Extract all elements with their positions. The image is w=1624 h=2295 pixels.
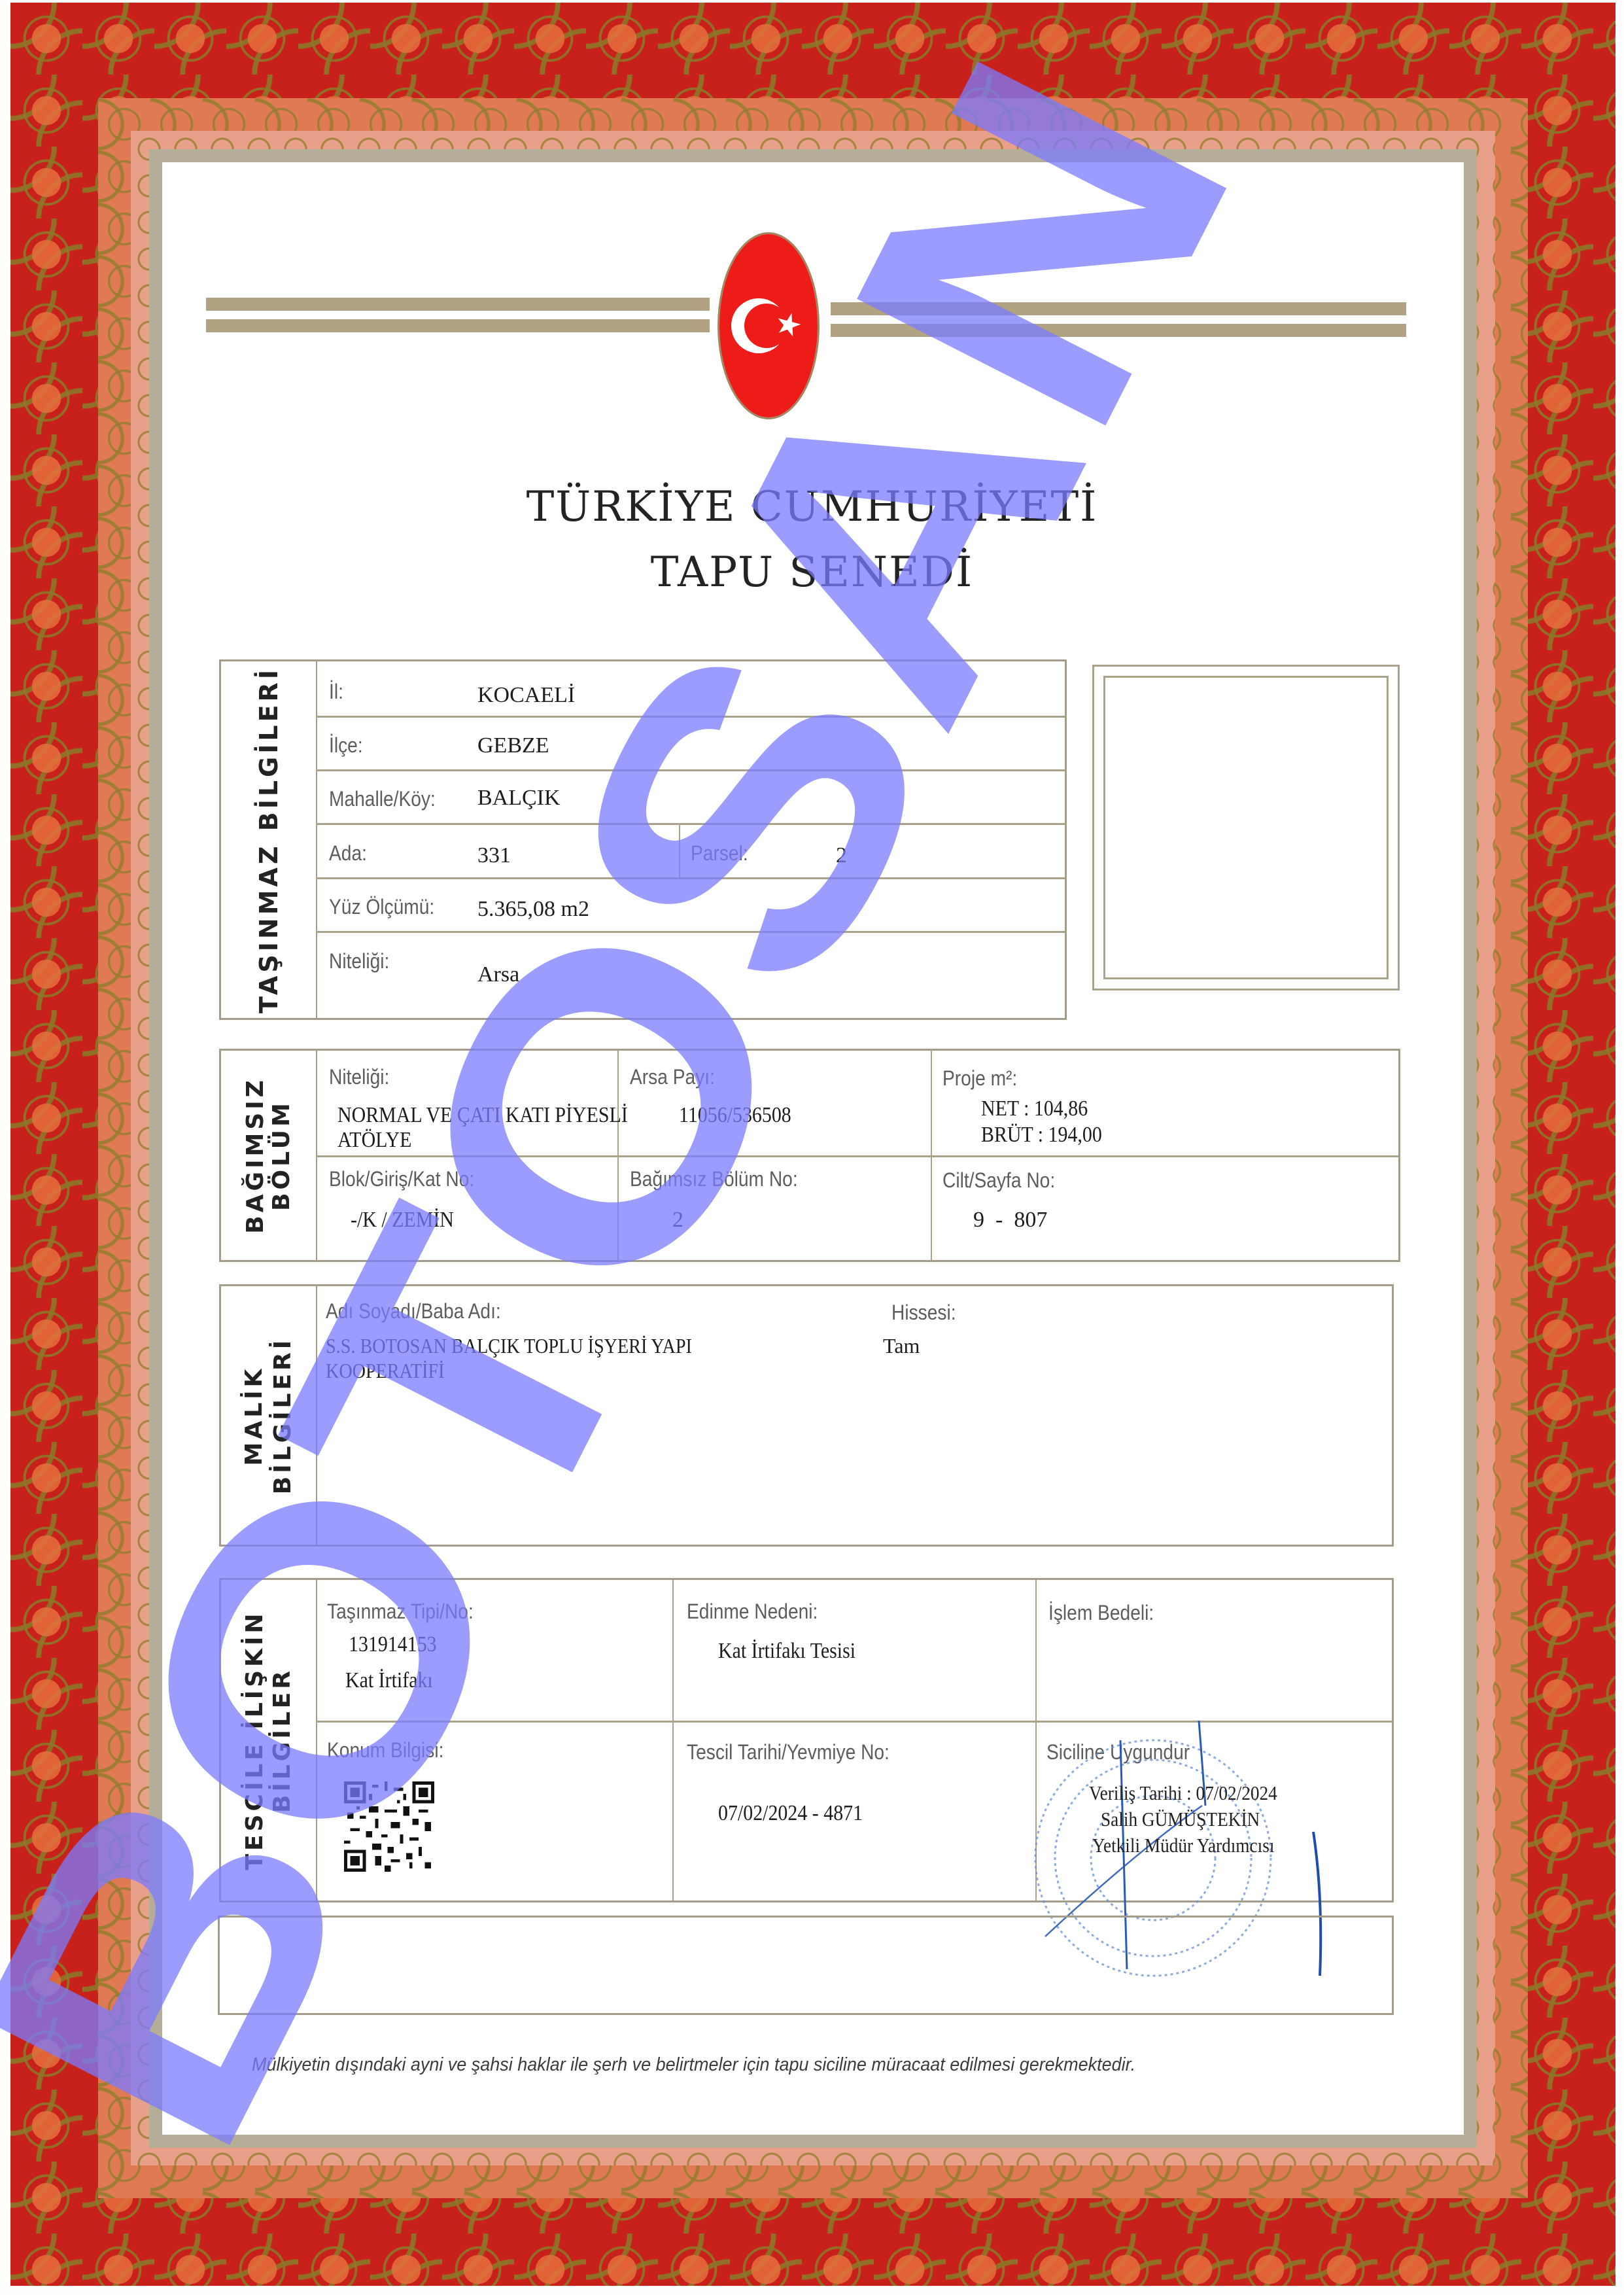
value-ada: 331	[477, 843, 511, 868]
notes-box	[218, 1916, 1394, 2015]
side-label-text: TESCİLE İLİŞKİN BİLGİLER	[241, 1610, 296, 1870]
value-il: KOCAELİ	[477, 683, 575, 708]
label-arsa-payi: Arsa Payı:	[630, 1065, 715, 1089]
photo-box-inner	[1103, 676, 1389, 979]
side-label-line1: MALİK	[240, 1337, 269, 1494]
verilis-tarihi: Veriliş Tarihi : 07/02/2024	[1089, 1781, 1277, 1806]
section-malik: MALİK BİLGİLERİ Adı Soyadı/Baba Adı: S.S…	[219, 1284, 1394, 1547]
yetkili-unvan: Yetkili Müdür Yardımcısı	[1092, 1833, 1274, 1858]
label-blok: Blok/Giriş/Kat No:	[329, 1167, 474, 1191]
row-divider	[316, 823, 1065, 825]
side-label-tasinmaz: TAŞINMAZ BİLGİLERİ	[221, 661, 317, 1018]
value-yuzolcumu: 5.365,08 m2	[477, 897, 589, 922]
label-tasinmaz-tipi: Taşınmaz Tipi/No:	[327, 1600, 474, 1624]
value-niteligi: Arsa	[477, 962, 519, 987]
label-tescil-tarihi: Tescil Tarihi/Yevmiye No:	[687, 1740, 890, 1764]
value-bb-niteligi-1: NORMAL VE ÇATI KATI PİYESLİ	[337, 1103, 628, 1128]
label-bb-niteligi: Niteliği:	[329, 1065, 389, 1089]
label-parsel: Parsel:	[691, 841, 748, 866]
side-label-line2: BÖLÜM	[269, 1077, 295, 1234]
side-label-text: BAĞIMSIZ BÖLÜM	[243, 1077, 295, 1234]
col-divider	[617, 1051, 619, 1260]
value-bb-no: 2	[672, 1208, 683, 1233]
value-parsel: 2	[836, 843, 847, 868]
side-label-line1: BAĞIMSIZ	[243, 1077, 269, 1234]
label-bb-no: Bağımsız Bölüm No:	[630, 1167, 798, 1191]
header-band-right-top	[831, 302, 1406, 315]
document-title: TÜRKİYE CUMHURİYETİ	[0, 483, 1624, 531]
label-cilt-sayfa: Cilt/Sayfa No:	[942, 1168, 1055, 1193]
side-label-malik: MALİK BİLGİLERİ	[221, 1286, 317, 1545]
value-bb-niteligi-2: ATÖLYE	[337, 1128, 411, 1153]
value-ilce: GEBZE	[477, 733, 549, 758]
header-band-right-bottom	[831, 324, 1406, 337]
label-konum-bilgisi: Konum Bilgisi:	[327, 1738, 443, 1762]
section-tasinmaz: TAŞINMAZ BİLGİLERİ İl: KOCAELİ İlçe: GEB…	[219, 659, 1067, 1020]
label-adi-soyadi: Adı Soyadı/Baba Adı:	[326, 1299, 501, 1323]
yetkili-ad: Salih GÜMÜŞTEKİN	[1101, 1807, 1260, 1832]
side-label-text: MALİK BİLGİLERİ	[240, 1337, 298, 1494]
side-label-bagimsiz: BAĞIMSIZ BÖLÜM	[221, 1051, 317, 1260]
value-hissesi: Tam	[883, 1333, 920, 1358]
label-ada: Ada:	[329, 841, 367, 866]
value-arsa-payi: 11056/536508	[679, 1103, 791, 1128]
row-divider	[316, 769, 1065, 771]
header-band-left-bottom	[206, 319, 710, 332]
side-label-line2: BİLGİLERİ	[269, 1337, 298, 1494]
col-divider	[672, 1580, 674, 1901]
value-proje-net: NET : 104,86	[981, 1096, 1088, 1121]
footer-note: Mülkiyetin dışındaki ayni ve şahsi hakla…	[252, 2054, 1286, 2076]
label-niteligi: Niteliği:	[329, 949, 389, 973]
label-mahalle: Mahalle/Köy:	[329, 787, 436, 811]
row-divider	[316, 1155, 1398, 1157]
side-label-tescil: TESCİLE İLİŞKİN BİLGİLER	[221, 1580, 317, 1901]
value-tasinmaz-tipi: Kat İrtifakı	[345, 1668, 433, 1693]
value-mahalle: BALÇIK	[477, 786, 561, 811]
header-band-left-top	[206, 298, 710, 311]
section-bagimsiz-bolum: BAĞIMSIZ BÖLÜM Niteliği: NORMAL VE ÇATI …	[219, 1049, 1400, 1262]
label-edinme-nedeni: Edinme Nedeni:	[687, 1600, 818, 1624]
label-islem-bedeli: İşlem Bedeli:	[1048, 1601, 1154, 1625]
value-edinme-nedeni: Kat İrtifakı Tesisi	[718, 1639, 855, 1664]
side-label-line2: BİLGİLER	[269, 1610, 296, 1870]
label-yuzolcumu: Yüz Ölçümü:	[329, 895, 434, 919]
col-divider	[679, 823, 680, 877]
row-divider	[316, 931, 1065, 933]
row-divider	[316, 716, 1065, 718]
side-label-text: TAŞINMAZ BİLGİLERİ	[254, 667, 283, 1013]
document-subtitle: TAPU SENEDİ	[0, 548, 1624, 597]
row-divider	[316, 877, 1065, 879]
photo-box	[1092, 665, 1400, 990]
value-tasinmaz-no: 131914153	[349, 1632, 437, 1657]
turkish-crescent-star-icon	[719, 234, 818, 417]
label-il: İl:	[329, 680, 343, 704]
location-qr-code[interactable]	[344, 1778, 434, 1875]
col-divider	[931, 1051, 932, 1260]
value-cilt-sayfa: 9 - 807	[973, 1208, 1047, 1233]
value-malik-adi-2: KOOPERATİFİ	[326, 1358, 444, 1383]
side-label-line1: TESCİLE İLİŞKİN	[241, 1610, 269, 1870]
value-malik-adi-1: S.S. BOTOSAN BALÇIK TOPLU İŞYERİ YAPI	[326, 1333, 692, 1358]
value-tescil-tarihi: 07/02/2024 - 4871	[718, 1801, 863, 1826]
label-ilce: İlçe:	[329, 733, 363, 758]
label-proje-m2: Proje m²:	[942, 1066, 1017, 1091]
value-blok: -/K / ZEMİN	[351, 1208, 454, 1233]
label-hissesi: Hissesi:	[891, 1301, 956, 1325]
value-proje-brut: BRÜT : 194,00	[981, 1123, 1102, 1147]
